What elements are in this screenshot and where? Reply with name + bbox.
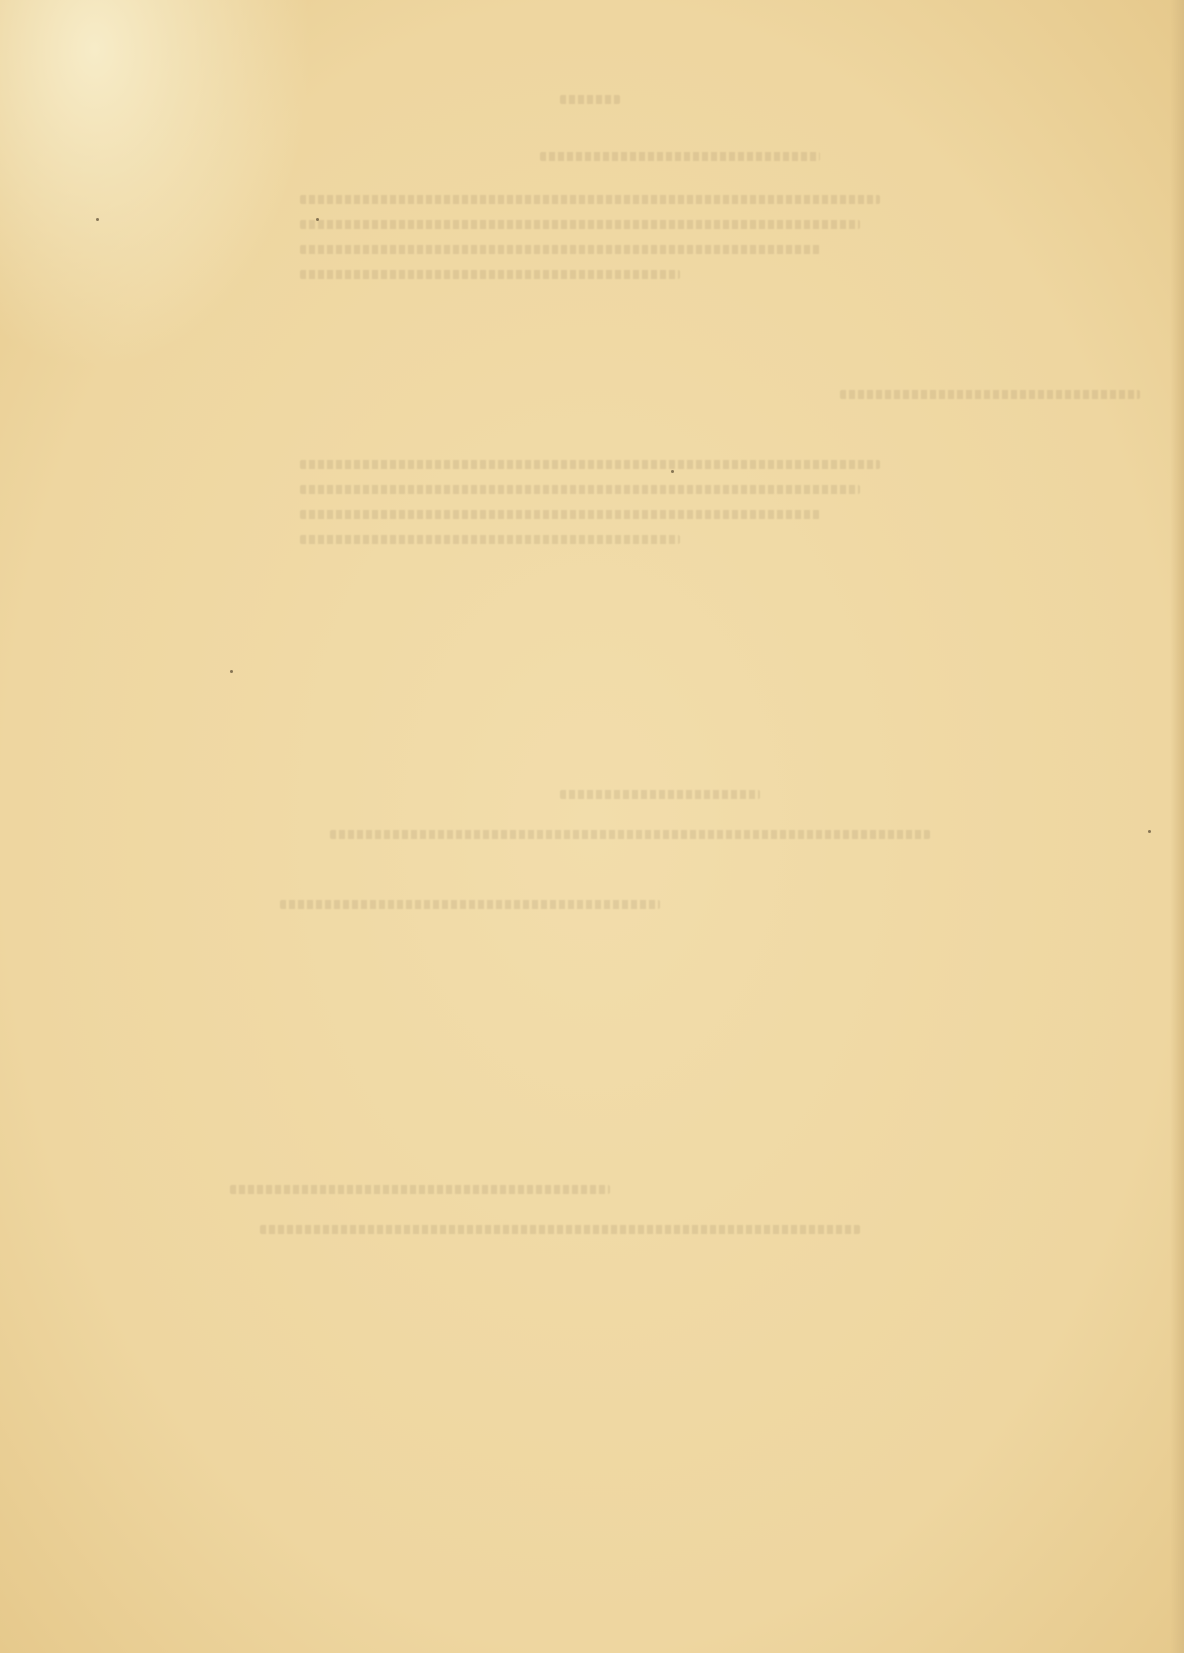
ghost-text-line bbox=[300, 510, 820, 519]
ghost-text-line bbox=[300, 460, 880, 469]
ghost-text-line bbox=[560, 95, 620, 104]
paper-speck bbox=[1148, 830, 1151, 833]
ghost-text-line bbox=[560, 790, 760, 799]
ghost-text-line bbox=[300, 195, 880, 204]
paper-speck bbox=[96, 218, 99, 221]
ghost-text-line bbox=[840, 390, 1140, 399]
ghost-text-line bbox=[540, 152, 820, 161]
ghost-text-line bbox=[280, 900, 660, 909]
ghost-text-line bbox=[300, 485, 860, 494]
ghost-text-line bbox=[300, 270, 680, 279]
scanned-page bbox=[0, 0, 1184, 1653]
paper-speck bbox=[230, 670, 233, 673]
ghost-text-line bbox=[300, 220, 860, 229]
ghost-text-line bbox=[300, 535, 680, 544]
ghost-text-line bbox=[260, 1225, 860, 1234]
ghost-text-line bbox=[330, 830, 930, 839]
ghost-text-line bbox=[230, 1185, 610, 1194]
paper-speck bbox=[671, 470, 674, 473]
page-edge-shadow bbox=[1170, 0, 1184, 1653]
ghost-text-line bbox=[300, 245, 820, 254]
paper-speck bbox=[316, 218, 319, 221]
